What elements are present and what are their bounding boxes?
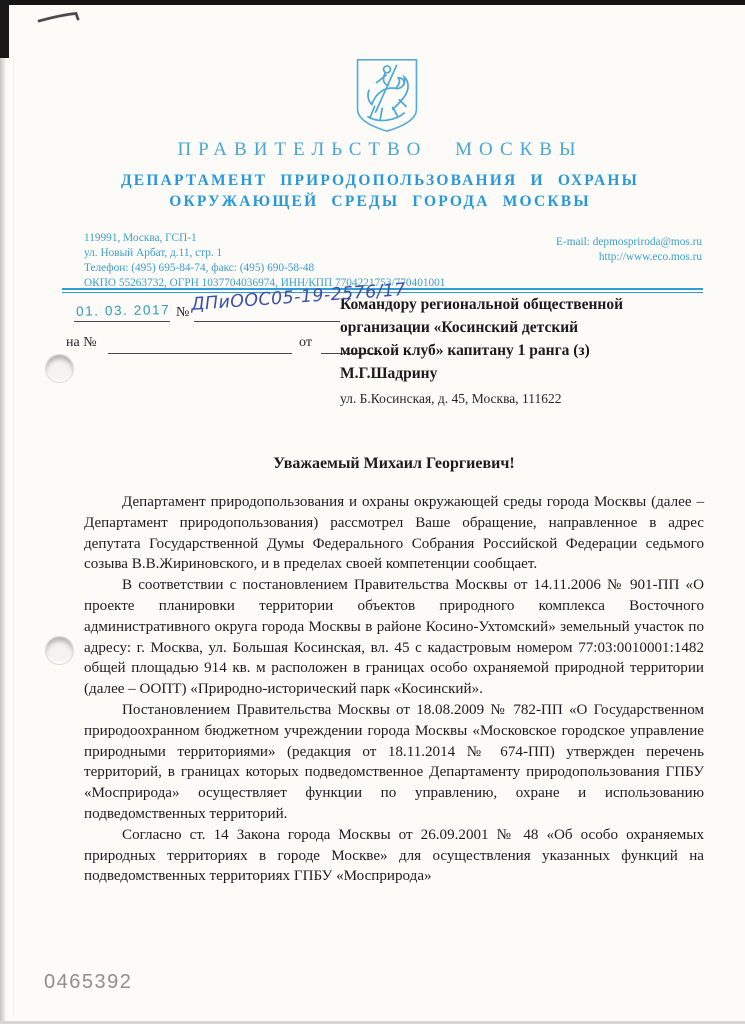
- government-title: ПРАВИТЕЛЬСТВО МОСКВЫ: [30, 139, 730, 161]
- in-reply-to-underline: [108, 352, 292, 354]
- street-address-line: ул. Новый Арбат, д.11, стр. 1: [84, 246, 445, 261]
- scan-crease-line: [13, 55, 14, 1015]
- recipient-line: организации «Косинский детский: [340, 316, 712, 339]
- scan-top-edge-bar: [0, 0, 745, 5]
- scan-left-edge-shading: [0, 0, 6, 1024]
- form-serial-number: 0465392: [44, 971, 132, 994]
- pen-mark-icon: [36, 6, 88, 28]
- letter-body: Департамент природопользования и охраны …: [84, 492, 704, 887]
- body-paragraph: Согласно ст. 14 Закона города Москвы от …: [84, 825, 704, 887]
- website-line: http://www.eco.mos.ru: [556, 250, 702, 265]
- body-paragraph: Департамент природопользования и охраны …: [84, 492, 704, 575]
- outgoing-number-underline: [194, 320, 340, 322]
- department-title-line2: ОКРУЖАЮЩЕЙ СРЕДЫ ГОРОДА МОСКВЫ: [30, 191, 730, 212]
- in-reply-to-label: на №: [66, 335, 97, 351]
- email-line: E-mail: depmospriroda@mos.ru: [556, 235, 702, 250]
- from-date-label: от: [299, 335, 312, 351]
- recipient-address: ул. Б.Косинская, д. 45, Москва, 111622: [340, 391, 712, 407]
- phone-fax-line: Телефон: (495) 695-84-74, факс: (495) 69…: [84, 261, 445, 276]
- punch-hole: [45, 354, 74, 383]
- number-sign-label: №: [176, 305, 189, 321]
- punch-hole: [45, 636, 74, 665]
- body-paragraph: В соответствии с постановлением Правител…: [84, 575, 704, 700]
- scanned-letter-page: ПРАВИТЕЛЬСТВО МОСКВЫ ДЕПАРТАМЕНТ ПРИРОДО…: [0, 0, 745, 1024]
- postal-address-line: 119991, Москва, ГСП-1: [84, 231, 445, 246]
- moscow-coat-of-arms-icon: [351, 57, 423, 133]
- department-title-line1: ДЕПАРТАМЕНТ ПРИРОДОПОЛЬЗОВАНИЯ И ОХРАНЫ: [30, 170, 730, 191]
- scan-left-edge-bar: [0, 0, 9, 58]
- recipient-line: М.Г.Шадрину: [340, 362, 712, 385]
- body-paragraph: Постановлением Правительства Москвы от 1…: [84, 700, 704, 825]
- date-underline: [74, 320, 170, 322]
- recipient-block: Командору региональной общественной орга…: [340, 293, 712, 385]
- contact-block-right: E-mail: depmospriroda@mos.ru http://www.…: [556, 235, 702, 265]
- recipient-line: морской клуб» капитану 1 ранга (з): [340, 339, 712, 362]
- date-stamp: 01. 03. 2017: [76, 302, 171, 319]
- salutation: Уважаемый Михаил Георгиевич!: [84, 455, 704, 473]
- department-title: ДЕПАРТАМЕНТ ПРИРОДОПОЛЬЗОВАНИЯ И ОХРАНЫ …: [30, 170, 730, 212]
